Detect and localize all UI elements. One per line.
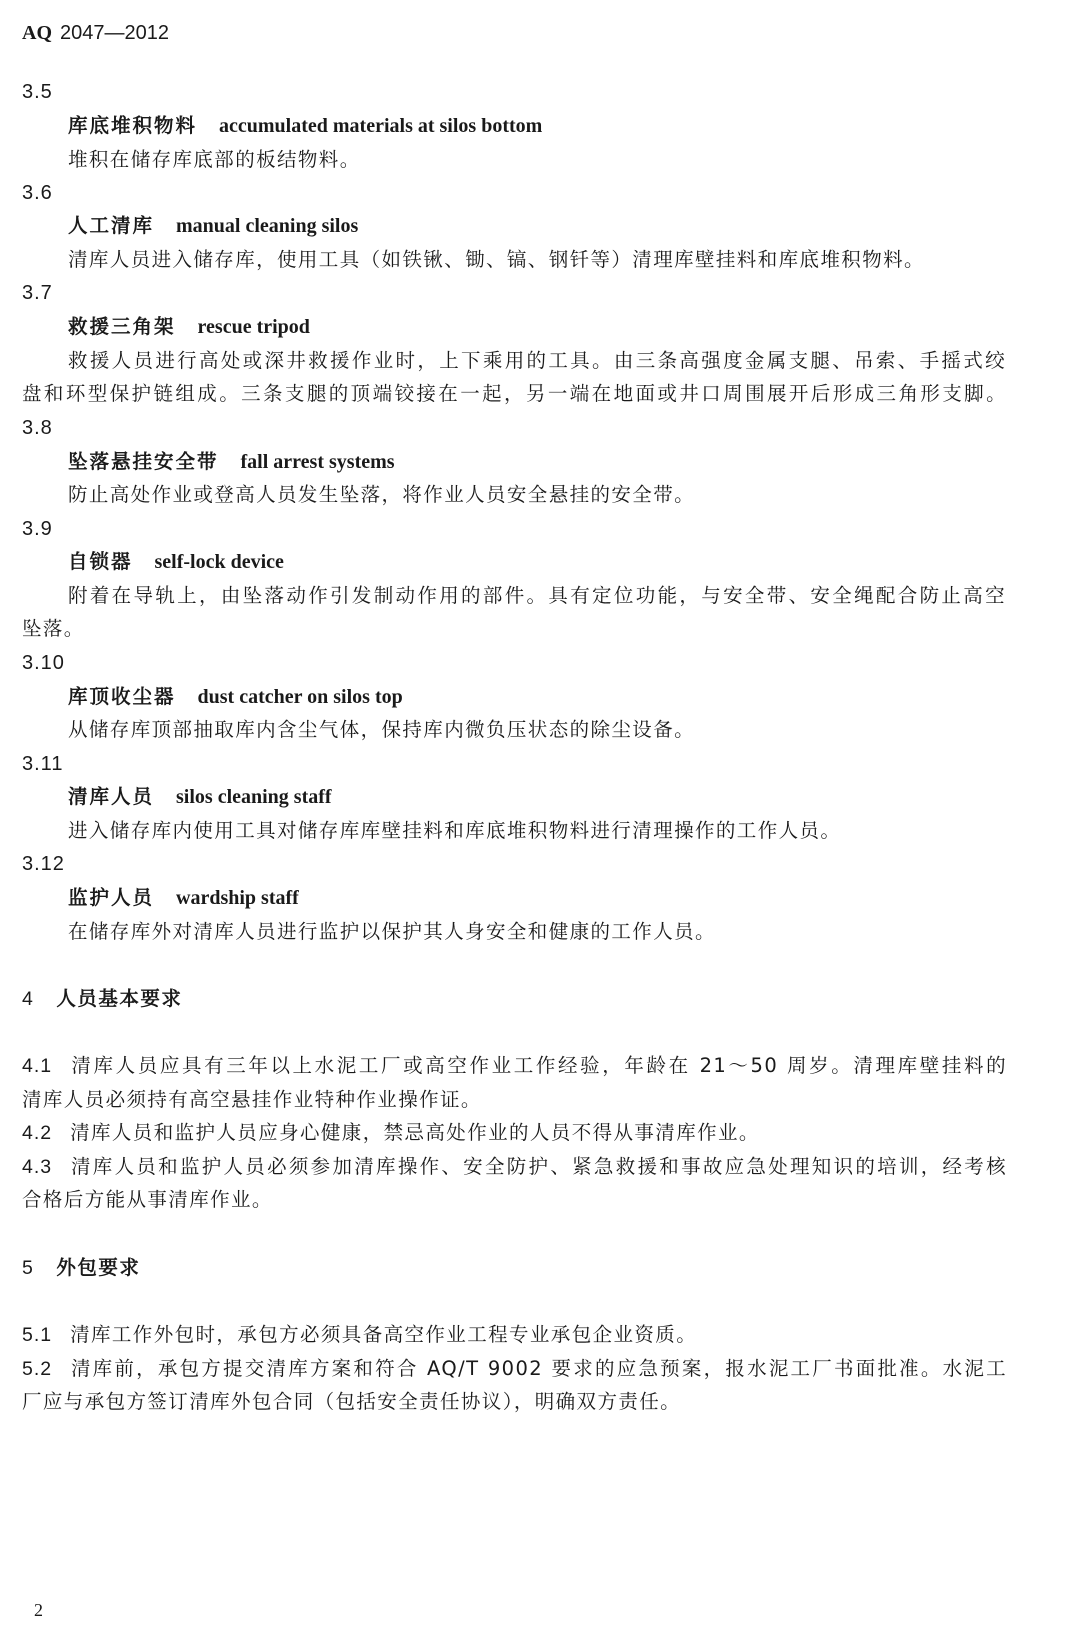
term-title: 清库人员silos cleaning staff xyxy=(68,783,332,811)
clause-4-3: 4.3清库人员和监护人员必须参加清库操作、安全防护、紧急救援和事故应急处理知识的… xyxy=(22,1153,1007,1181)
term-chinese: 救援三角架 xyxy=(68,315,176,338)
clause-5-1: 5.1清库工作外包时，承包方必须具备高空作业工程专业承包企业资质。 xyxy=(22,1321,697,1349)
term-title: 监护人员wardship staff xyxy=(68,884,299,912)
term-chinese: 监护人员 xyxy=(68,886,154,909)
clause-number: 4.3 xyxy=(22,1156,52,1178)
clause-5-2-continued: 厂应与承包方签订清库外包合同（包括安全责任协议），明确双方责任。 xyxy=(22,1388,681,1416)
term-definition: 进入储存库内使用工具对储存库库壁挂料和库底堆积物料进行清理操作的工作人员。 xyxy=(68,817,841,845)
term-title: 救援三角架rescue tripod xyxy=(68,313,310,341)
clause-number: 5.1 xyxy=(22,1324,52,1346)
clause-number: 3.10 xyxy=(22,649,65,677)
clause-text: 清库前，承包方提交清库方案和符合 AQ/T 9002 要求的应急预案，报水泥工厂… xyxy=(70,1357,1007,1380)
term-title: 库顶收尘器dust catcher on silos top xyxy=(68,683,403,711)
term-english: self-lock device xyxy=(155,551,284,573)
clause-5-2: 5.2清库前，承包方提交清库方案和符合 AQ/T 9002 要求的应急预案，报水… xyxy=(22,1355,1007,1383)
clause-number: 3.12 xyxy=(22,850,65,878)
term-english: wardship staff xyxy=(176,887,299,909)
term-english: rescue tripod xyxy=(198,316,310,338)
term-chinese: 清库人员 xyxy=(68,785,154,808)
clause-text: 清库人员和监护人员应身心健康，禁忌高处作业的人员不得从事清库作业。 xyxy=(70,1121,760,1144)
term-definition: 防止高处作业或登高人员发生坠落，将作业人员安全悬挂的安全带。 xyxy=(68,481,695,509)
clause-4-1-continued: 清库人员必须持有高空悬挂作业特种作业操作证。 xyxy=(22,1086,482,1114)
term-chinese: 库顶收尘器 xyxy=(68,685,176,708)
term-english: manual cleaning silos xyxy=(176,215,358,237)
term-title: 库底堆积物料accumulated materials at silos bot… xyxy=(68,112,542,140)
clause-number: 3.6 xyxy=(22,179,53,207)
term-english: silos cleaning staff xyxy=(176,786,332,808)
term-definition: 救援人员进行高处或深井救援作业时，上下乘用的工具。由三条高强度金属支腿、吊索、手… xyxy=(68,347,1006,375)
clause-number: 3.11 xyxy=(22,750,63,778)
clause-number: 3.5 xyxy=(22,78,53,106)
clause-number: 3.7 xyxy=(22,279,53,307)
term-title: 坠落悬挂安全带fall arrest systems xyxy=(68,448,395,476)
term-english: fall arrest systems xyxy=(241,451,395,473)
term-definition-continued: 盘和环型保护链组成。三条支腿的顶端铰接在一起，另一端在地面或井口周围展开后形成三… xyxy=(22,380,1007,408)
term-chinese: 库底堆积物料 xyxy=(68,114,197,137)
clause-text: 清库人员应具有三年以上水泥工厂或高空作业工作经验，年龄在 21～50 周岁。清理… xyxy=(70,1054,1007,1077)
term-definition: 在储存库外对清库人员进行监护以保护其人身安全和健康的工作人员。 xyxy=(68,918,716,946)
page-number: 2 xyxy=(34,1600,43,1621)
term-definition: 附着在导轨上，由坠落动作引发制动作用的部件。具有定位功能，与安全带、安全绳配合防… xyxy=(68,582,1006,610)
standard-number: 2047—2012 xyxy=(60,22,169,44)
term-definition: 清库人员进入储存库，使用工具（如铁锹、锄、镐、钢钎等）清理库壁挂料和库底堆积物料… xyxy=(68,246,925,274)
section-number: 5 xyxy=(22,1257,34,1279)
term-title: 人工清库manual cleaning silos xyxy=(68,212,358,240)
term-title: 自锁器self-lock device xyxy=(68,548,284,576)
section-title: 外包要求 xyxy=(56,1256,140,1279)
term-definition-continued: 坠落。 xyxy=(22,615,85,643)
clause-number: 5.2 xyxy=(22,1358,52,1380)
term-chinese: 自锁器 xyxy=(68,550,133,573)
section-title: 人员基本要求 xyxy=(56,987,182,1010)
clause-4-1: 4.1清库人员应具有三年以上水泥工厂或高空作业工作经验，年龄在 21～50 周岁… xyxy=(22,1052,1007,1080)
term-english: accumulated materials at silos bottom xyxy=(219,115,542,137)
document-code-header: AQ2047—2012 xyxy=(22,18,169,47)
clause-4-3-continued: 合格后方能从事清库作业。 xyxy=(22,1186,273,1214)
clause-text: 清库人员和监护人员必须参加清库操作、安全防护、紧急救援和事故应急处理知识的培训，… xyxy=(70,1155,1007,1178)
term-definition: 堆积在储存库底部的板结物料。 xyxy=(68,146,361,174)
term-definition: 从储存库顶部抽取库内含尘气体，保持库内微负压状态的除尘设备。 xyxy=(68,716,695,744)
clause-text: 清库工作外包时，承包方必须具备高空作业工程专业承包企业资质。 xyxy=(70,1323,697,1346)
clause-number: 3.8 xyxy=(22,414,53,442)
clause-4-2: 4.2清库人员和监护人员应身心健康，禁忌高处作业的人员不得从事清库作业。 xyxy=(22,1119,760,1147)
clause-number: 3.9 xyxy=(22,515,53,543)
standard-prefix: AQ xyxy=(22,22,52,44)
clause-number: 4.2 xyxy=(22,1122,52,1144)
section-heading-5: 5外包要求 xyxy=(22,1254,140,1282)
section-heading-4: 4人员基本要求 xyxy=(22,985,182,1013)
term-chinese: 人工清库 xyxy=(68,214,154,237)
section-number: 4 xyxy=(22,988,34,1010)
term-english: dust catcher on silos top xyxy=(198,686,403,708)
clause-number: 4.1 xyxy=(22,1055,52,1077)
term-chinese: 坠落悬挂安全带 xyxy=(68,450,219,473)
